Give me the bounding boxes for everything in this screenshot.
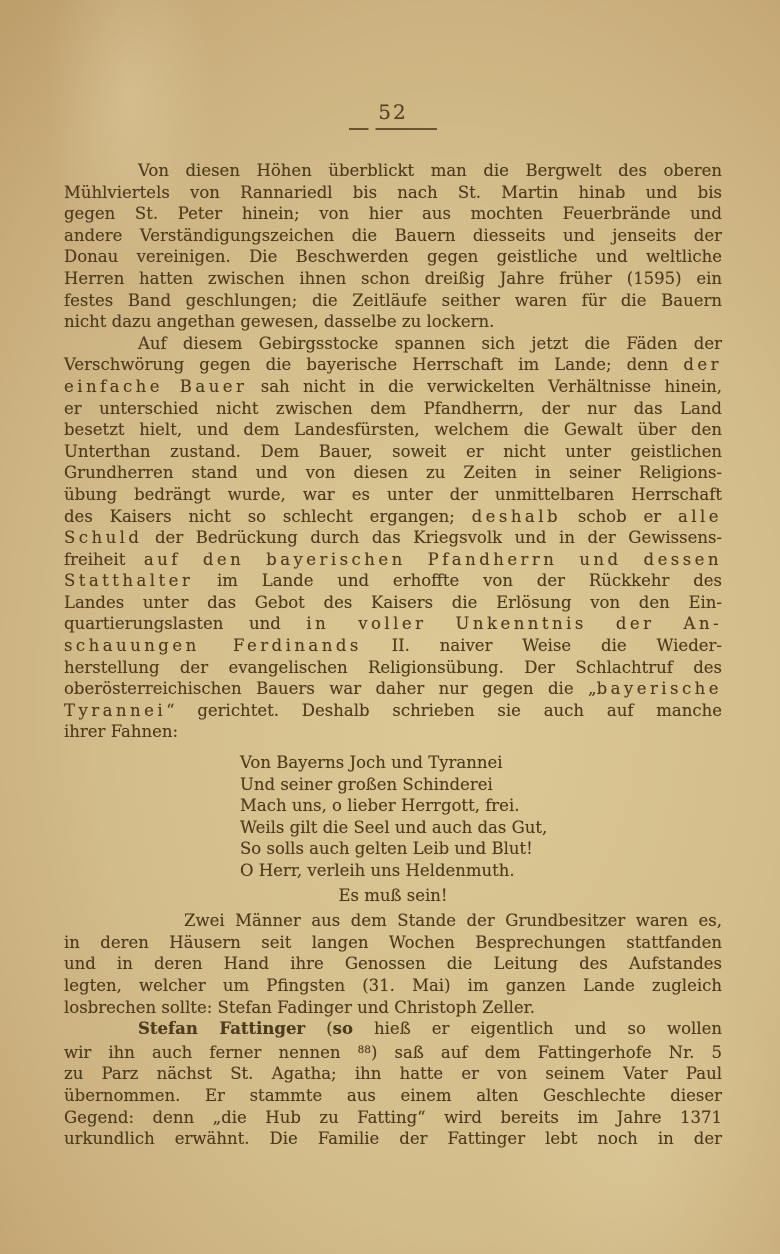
text-line: des Kaisers nicht so schlecht ergangen; … [64, 506, 722, 528]
text-segment: hieß er eigentlich und so wollen [353, 1019, 722, 1038]
page-number: 52 [378, 100, 407, 124]
text-segment: gegen St. Peter hinein; von hier aus moc… [64, 204, 722, 223]
text-segment: einfache Bauer [64, 377, 247, 396]
text-line: Weils gilt die Seel und auch das Gut, [240, 817, 722, 839]
text-line: wir ihn auch ferner nennen 88) saß auf d… [64, 1040, 722, 1064]
text-segment: Herren hatten zwischen ihnen schon dreiß… [64, 269, 722, 288]
text-segment: Von diesen Höhen überblickt man die Berg… [138, 161, 722, 180]
text-segment: im Lande und erhoffte von der Rückkehr d… [193, 571, 722, 590]
text-segment: der [683, 355, 722, 374]
text-line: Mühlviertels von Rannariedl bis nach St.… [64, 182, 722, 204]
text-line: O Herr, verleih uns Heldenmuth. [240, 860, 722, 882]
text-segment: andere Verständigungszeichen die Bauern … [64, 226, 722, 245]
text-line: Auf diesem Gebirgsstocke spannen sich je… [64, 333, 722, 355]
text-segment: zu Parz nächst St. Agatha; ihn hatte er … [64, 1064, 722, 1083]
text-segment: er unterschied nicht zwischen dem Pfandh… [64, 399, 722, 418]
text-line: festes Band geschlungen; die Zeitläufe s… [64, 290, 722, 312]
text-line: einfache Bauer sah nicht in die verwicke… [64, 376, 722, 398]
text-segment: O Herr, verleih uns Heldenmuth. [240, 861, 515, 880]
text-line: besetzt hielt, und dem Landesfürsten, we… [64, 419, 722, 441]
text-line: gegen St. Peter hinein; von hier aus moc… [64, 203, 722, 225]
text-segment: nicht dazu angethan gewesen, dasselbe zu… [64, 312, 494, 331]
text-segment: Zwei Männer aus dem Stande der Grundbesi… [184, 911, 722, 930]
text-line: Grundherren stand und von diesen zu Zeit… [64, 462, 722, 484]
text-segment: in voller Unkenntnis der An- [306, 614, 722, 633]
text-line: quartierungslasten und in voller Unkennt… [64, 613, 722, 635]
text-line: legten, welcher um Pfingsten (31. Mai) i… [64, 975, 722, 997]
text-segment: und in deren Hand ihre Genossen die Leit… [64, 954, 722, 973]
text-segment: Und seiner großen Schinderei [240, 775, 493, 794]
text-segment: Es muß sein! [338, 886, 447, 905]
text-segment: ( [305, 1019, 333, 1038]
text-line: übernommen. Er stammte aus einem alten G… [64, 1085, 722, 1107]
text-line: übung bedrängt wurde, war es unter der u… [64, 484, 722, 506]
text-line: Mach uns, o lieber Herrgott, frei. [240, 795, 722, 817]
text-line: losbrechen sollte: Stefan Fadinger und C… [64, 997, 722, 1019]
text-segment: So solls auch gelten Leib und Blut! [240, 839, 533, 858]
text-segment: der Bedrückung durch das Kriegsvolk und … [142, 528, 722, 547]
text-segment: “ gerichtet. Deshalb schrieben sie auch … [166, 701, 722, 720]
text-segment: deshalb [472, 507, 561, 526]
text-line: Tyrannei“ gerichtet. Deshalb schrieben s… [64, 700, 722, 722]
text-segment: Statthalter [64, 571, 193, 590]
text-line: ihrer Fahnen: [64, 721, 722, 743]
paragraph: Zwei Männer aus dem Stande der Grundbesi… [64, 910, 722, 1018]
text-segment: Grundherren stand und von diesen zu Zeit… [64, 463, 722, 482]
text-line: Schuld der Bedrückung durch das Kriegsvo… [64, 527, 722, 549]
text-line: Herren hatten zwischen ihnen schon dreiß… [64, 268, 722, 290]
text-line: Es muß sein! [64, 885, 722, 907]
paragraph: Es muß sein! [64, 885, 722, 907]
text-segment: ihrer Fahnen: [64, 722, 178, 741]
text-segment: Landes unter das Gebot des Kaisers die E… [64, 593, 722, 612]
text-segment: quartierungslasten und [64, 614, 306, 633]
text-line: in deren Häusern seit langen Wochen Besp… [64, 932, 722, 954]
text-segment: Donau vereinigen. Die Beschwerden gegen … [64, 247, 722, 266]
text-segment: Von Bayerns Joch und Tyrannei [240, 753, 503, 772]
text-segment: Stefan Fattinger [138, 1019, 305, 1038]
text-line: nicht dazu angethan gewesen, dasselbe zu… [64, 311, 722, 333]
text-segment: übernommen. Er stammte aus einem alten G… [64, 1086, 722, 1105]
paragraph: Auf diesem Gebirgsstocke spannen sich je… [64, 333, 722, 743]
text-segment: Schuld [64, 528, 142, 547]
text-line: andere Verständigungszeichen die Bauern … [64, 225, 722, 247]
text-segment: in deren Häusern seit langen Wochen Besp… [64, 933, 722, 952]
text-line: schauungen Ferdinands II. naiver Weise d… [64, 635, 722, 657]
text-block: Von diesen Höhen überblickt man die Berg… [64, 160, 722, 1150]
page-header: 52 [64, 100, 722, 130]
text-segment: bayerische [597, 679, 722, 698]
text-line: Landes unter das Gebot des Kaisers die E… [64, 592, 722, 614]
text-segment: urkundlich erwähnt. Die Familie der Fatt… [64, 1129, 722, 1148]
text-segment: Gegend: denn „die Hub zu Fatting“ wird b… [64, 1108, 722, 1127]
text-line: Und seiner großen Schinderei [240, 774, 722, 796]
text-line: So solls auch gelten Leib und Blut! [240, 838, 722, 860]
text-segment: oberösterreichischen Bauers war daher nu… [64, 679, 597, 698]
text-segment: II. naiver Weise die Wieder- [362, 636, 722, 655]
text-segment: Unterthan zustand. Dem Bauer, soweit er … [64, 442, 722, 461]
text-line: Donau vereinigen. Die Beschwerden gegen … [64, 246, 722, 268]
text-segment: Tyrannei [64, 701, 166, 720]
text-segment: alle [678, 507, 722, 526]
text-line: Statthalter im Lande und erhoffte von de… [64, 570, 722, 592]
text-segment: schob er [561, 507, 678, 526]
text-segment: Verschwörung gegen die bayerische Herrsc… [64, 355, 683, 374]
text-segment: losbrechen sollte: Stefan Fadinger und C… [64, 998, 535, 1017]
text-segment: Mühlviertels von Rannariedl bis nach St.… [64, 183, 722, 202]
text-line: und in deren Hand ihre Genossen die Leit… [64, 953, 722, 975]
text-line: freiheit auf den bayerischen Pfandherrn … [64, 549, 722, 571]
text-line: Zwei Männer aus dem Stande der Grundbesi… [64, 910, 722, 932]
book-page-scan: 52 Von diesen Höhen überblickt man die B… [0, 0, 780, 1254]
text-segment: Auf diesem Gebirgsstocke spannen sich je… [138, 334, 722, 353]
text-segment: festes Band geschlungen; die Zeitläufe s… [64, 291, 722, 310]
text-segment: des Kaisers nicht so schlecht ergangen; [64, 507, 472, 526]
text-line: Von diesen Höhen überblickt man die Berg… [64, 160, 722, 182]
text-line: er unterschied nicht zwischen dem Pfandh… [64, 398, 722, 420]
paragraph: Stefan Fattinger (so hieß er eigentlich … [64, 1018, 722, 1150]
text-segment: so [333, 1019, 353, 1038]
text-line: herstellung der evangelischen Religionsü… [64, 657, 722, 679]
text-line: zu Parz nächst St. Agatha; ihn hatte er … [64, 1063, 722, 1085]
page-number-rule [349, 128, 437, 130]
poem-block: Von Bayerns Joch und TyranneiUnd seiner … [240, 752, 722, 882]
text-segment: herstellung der evangelischen Religionsü… [64, 658, 722, 677]
text-segment: übung bedrängt wurde, war es unter der u… [64, 485, 722, 504]
text-segment: freiheit [64, 550, 144, 569]
text-line: Gegend: denn „die Hub zu Fatting“ wird b… [64, 1107, 722, 1129]
text-line: Verschwörung gegen die bayerische Herrsc… [64, 354, 722, 376]
text-segment: besetzt hielt, und dem Landesfürsten, we… [64, 420, 722, 439]
text-line: oberösterreichischen Bauers war daher nu… [64, 678, 722, 700]
text-line: Stefan Fattinger (so hieß er eigentlich … [64, 1018, 722, 1040]
text-line: Unterthan zustand. Dem Bauer, soweit er … [64, 441, 722, 463]
text-segment: auf den bayerischen Pfandherrn und desse… [144, 550, 722, 569]
paragraph: Von diesen Höhen überblickt man die Berg… [64, 160, 722, 333]
text-line: Von Bayerns Joch und Tyrannei [240, 752, 722, 774]
text-segment: legten, welcher um Pfingsten (31. Mai) i… [64, 976, 722, 995]
text-segment: schauungen Ferdinands [64, 636, 362, 655]
footnote-marker: 88 [358, 1044, 371, 1056]
text-segment: Weils gilt die Seel und auch das Gut, [240, 818, 547, 837]
text-segment: sah nicht in die verwickelten Verhältnis… [247, 377, 722, 396]
text-segment: wir ihn auch ferner nennen [64, 1043, 358, 1062]
text-segment: ) saß auf dem Fattingerhofe Nr. 5 [371, 1043, 722, 1062]
text-segment: Mach uns, o lieber Herrgott, frei. [240, 796, 519, 815]
text-line: urkundlich erwähnt. Die Familie der Fatt… [64, 1128, 722, 1150]
